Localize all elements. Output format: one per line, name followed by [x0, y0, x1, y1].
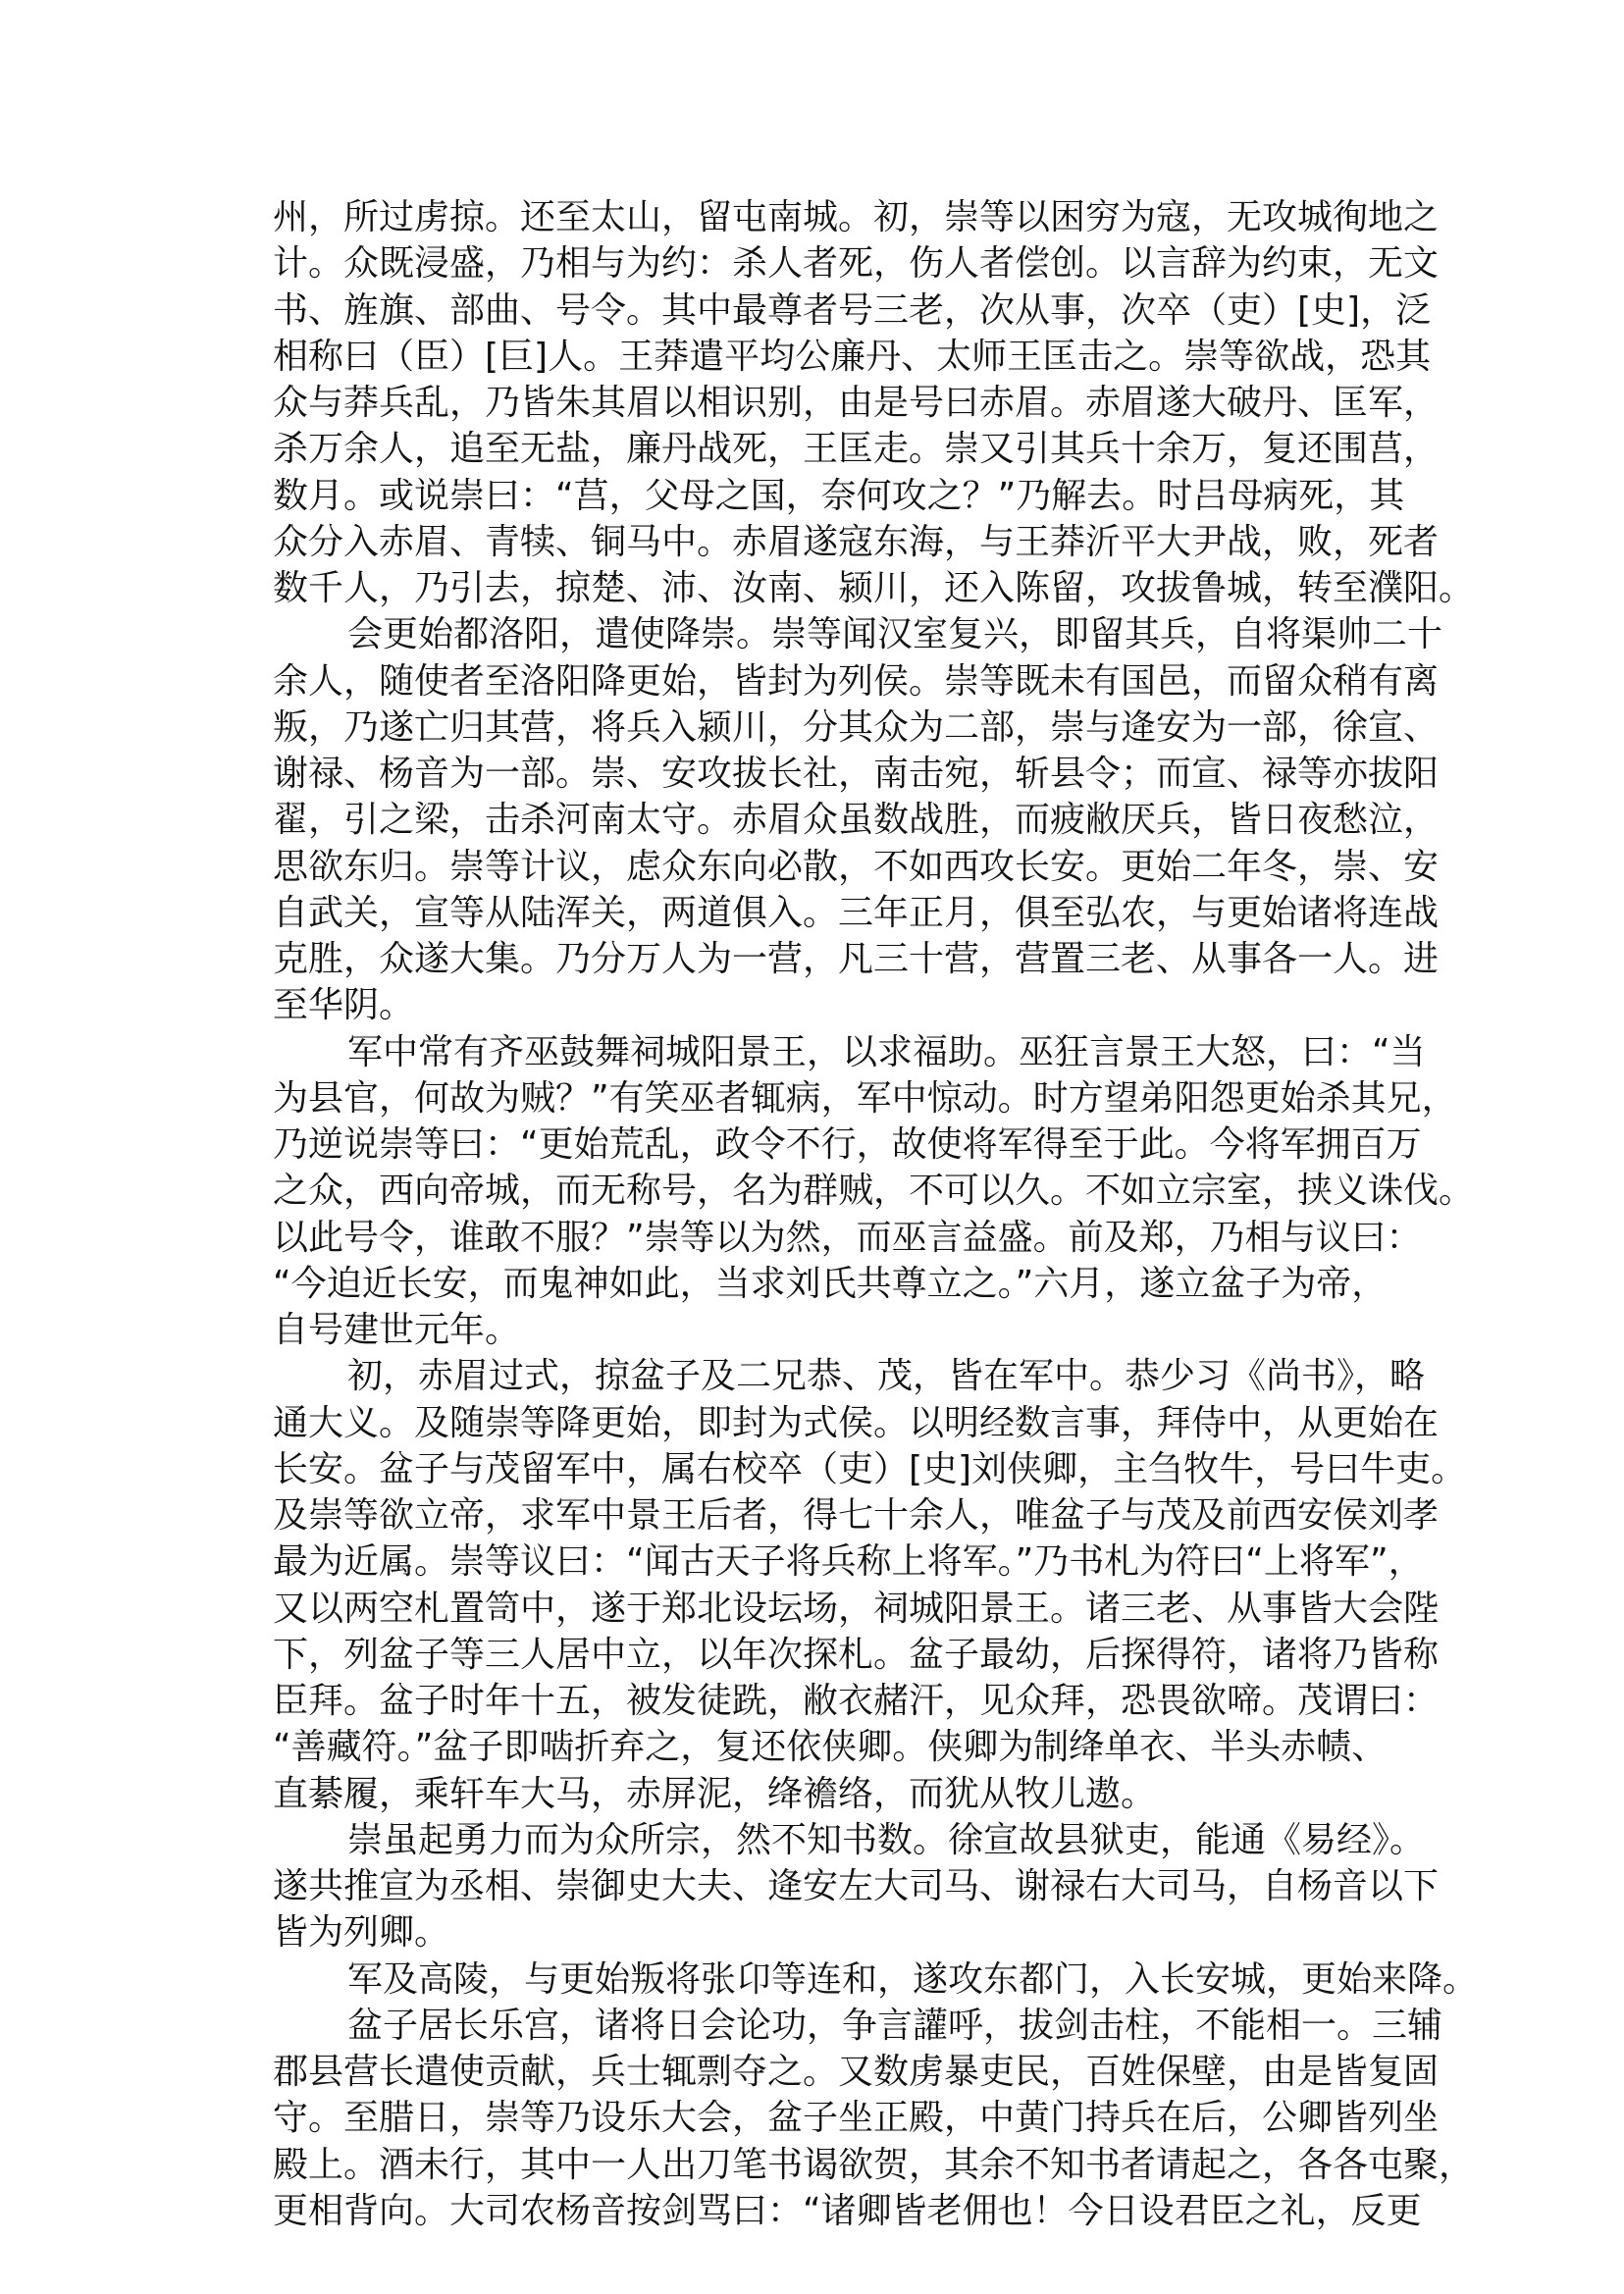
text-line: 余人，随使者至洛阳降更始，皆封为列侯。崇等既未有国邑，而留众稍有离 [273, 658, 1352, 704]
paragraph: 初，赤眉过式，掠盆子及二兄恭、茂，皆在军中。恭少习《尚书》，略通大义。及随崇等降… [273, 1353, 1352, 1817]
text-line: 克胜，众遂大集。乃分万人为一营，凡三十营，营置三老、从事各一人。进 [273, 936, 1352, 982]
paragraph: 崇虽起勇力而为众所宗，然不知书数。徐宣故县狱吏，能通《易经》。遂共推宣为丞相、崇… [273, 1817, 1352, 1956]
text-line: 数千人，乃引去，掠楚、沛、汝南、颍川，还入陈留，攻拔鲁城，转至濮阳。 [273, 565, 1352, 611]
text-line: 殿上。酒未行，其中一人出刀笔书谒欲贺，其余不知书者请起之，各各屯聚， [273, 2142, 1352, 2188]
text-line: 叛，乃遂亡归其营，将兵入颍川，分其众为二部，崇与逄安为一部，徐宣、 [273, 704, 1352, 751]
text-line: 众分入赤眉、青犊、铜马中。赤眉遂寇东海，与王莽沂平大尹战，败，死者 [273, 519, 1352, 565]
text-line: 自号建世元年。 [273, 1307, 1352, 1353]
text-line: 军中常有齐巫鼓舞祠城阳景王，以求福助。巫狂言景王大怒，曰：“当 [273, 1029, 1352, 1075]
text-line: 崇虽起勇力而为众所宗，然不知书数。徐宣故县狱吏，能通《易经》。 [273, 1817, 1352, 1863]
paragraph: 州，所过虏掠。还至太山，留屯南城。初，崇等以困穷为寇，无攻城徇地之计。众既浸盛，… [273, 194, 1352, 611]
text-line: 之众，西向帝城，而无称号，名为群贼，不可以久。不如立宗室，挟义诛伐。 [273, 1168, 1352, 1214]
text-line: 杀万余人，追至无盐，廉丹战死，王匡走。崇又引其兵十余万，复还围莒， [273, 426, 1352, 472]
text-line: 州，所过虏掠。还至太山，留屯南城。初，崇等以困穷为寇，无攻城徇地之 [273, 194, 1352, 240]
text-line: 思欲东归。崇等计议，虑众东向必散，不如西攻长安。更始二年冬，崇、安 [273, 844, 1352, 890]
text-line: 至华阴。 [273, 982, 1352, 1028]
text-line: 相称曰（臣）[巨]人。王莽遣平均公廉丹、太师王匡击之。崇等欲战，恐其 [273, 334, 1352, 380]
text-line: 守。至腊日，崇等乃设乐大会，盆子坐正殿，中黄门持兵在后，公卿皆列坐 [273, 2095, 1352, 2141]
text-line: 盆子居长乐宫，诸将日会论功，争言讙呼，拔剑击柱，不能相一。三辅 [273, 2003, 1352, 2049]
text-line: “善藏符。”盆子即啮折弃之，复还依侠卿。侠卿为制绛单衣、半头赤帻、 [273, 1724, 1352, 1770]
text-line: 又以两空札置笥中，遂于郑北设坛场，祠城阳景王。诸三老、从事皆大会陛 [273, 1586, 1352, 1632]
paragraph: 会更始都洛阳，遣使降崇。崇等闻汉室复兴，即留其兵，自将渠帅二十余人，随使者至洛阳… [273, 611, 1352, 1028]
text-line: 会更始都洛阳，遣使降崇。崇等闻汉室复兴，即留其兵，自将渠帅二十 [273, 611, 1352, 657]
text-line: 遂共推宣为丞相、崇御史大夫、逄安左大司马、谢禄右大司马，自杨音以下 [273, 1863, 1352, 1909]
text-line: 以此号令，谁敢不服？”崇等以为然，而巫言益盛。前及郑，乃相与议曰： [273, 1215, 1352, 1261]
text-line: 计。众既浸盛，乃相与为约：杀人者死，伤人者偿创。以言辞为约束，无文 [273, 240, 1352, 287]
text-line: 皆为列卿。 [273, 1909, 1352, 1955]
text-line: 乃逆说崇等曰：“更始荒乱，政令不行，故使将军得至于此。今将军拥百万 [273, 1121, 1352, 1168]
text-line: 直綦履，乘轩车大马，赤屏泥，绛襜络，而犹从牧儿遨。 [273, 1771, 1352, 1817]
text-line: “今迫近长安，而鬼神如此，当求刘氏共尊立之。”六月，遂立盆子为帝， [273, 1261, 1352, 1307]
text-line: 翟，引之梁，击杀河南太守。赤眉众虽数战胜，而疲敝厌兵，皆日夜愁泣， [273, 797, 1352, 843]
text-line: 为县官，何故为贼？”有笑巫者辄病，军中惊动。时方望弟阳怨更始杀其兄， [273, 1075, 1352, 1121]
text-line: 及崇等欲立帝，求军中景王后者，得七十余人，唯盆子与茂及前西安侯刘孝 [273, 1492, 1352, 1538]
text-line: 通大义。及随崇等降更始，即封为式侯。以明经数言事，拜侍中，从更始在 [273, 1400, 1352, 1446]
text-line: 自武关，宣等从陆浑关，两道俱入。三年正月，俱至弘农，与更始诸将连战 [273, 890, 1352, 936]
text-line: 初，赤眉过式，掠盆子及二兄恭、茂，皆在军中。恭少习《尚书》，略 [273, 1353, 1352, 1399]
text-line: 数月。或说崇曰：“莒，父母之国，奈何攻之？”乃解去。时吕母病死，其 [273, 473, 1352, 519]
paragraph: 军及高陵，与更始叛将张卬等连和，遂攻东都门，入长安城，更始来降。 [273, 1956, 1352, 2003]
text-line: 郡县营长遣使贡献，兵士辄剽夺之。又数虏暴吏民，百姓保壁，由是皆复固 [273, 2049, 1352, 2095]
text-line: 谢禄、杨音为一部。崇、安攻拔长社，南击宛，斩县令；而宣、禄等亦拔阳 [273, 751, 1352, 797]
document-page: 州，所过虏掠。还至太山，留屯南城。初，崇等以困穷为寇，无攻城徇地之计。众既浸盛，… [273, 194, 1352, 2234]
text-line: 最为近属。崇等议曰：“闻古天子将兵称上将军。”乃书札为符曰“上将军”， [273, 1538, 1352, 1585]
text-line: 众与莽兵乱，乃皆朱其眉以相识别，由是号曰赤眉。赤眉遂大破丹、匡军， [273, 380, 1352, 426]
text-line: 臣拜。盆子时年十五，被发徒跣，敝衣赭汗，见众拜，恐畏欲啼。茂谓曰： [273, 1678, 1352, 1724]
paragraph: 盆子居长乐宫，诸将日会论功，争言讙呼，拔剑击柱，不能相一。三辅郡县营长遣使贡献，… [273, 2003, 1352, 2234]
text-line: 下，列盆子等三人居中立，以年次探札。盆子最幼，后探得符，诸将乃皆称 [273, 1632, 1352, 1678]
paragraph: 军中常有齐巫鼓舞祠城阳景王，以求福助。巫狂言景王大怒，曰：“当为县官，何故为贼？… [273, 1029, 1352, 1354]
text-line: 书、旌旗、部曲、号令。其中最尊者号三老，次从事，次卒（吏）[史]，泛 [273, 287, 1352, 334]
text-line: 军及高陵，与更始叛将张卬等连和，遂攻东都门，入长安城，更始来降。 [273, 1956, 1352, 2003]
text-line: 更相背向。大司农杨音按剑骂曰：“诸卿皆老佣也！今日设君臣之礼，反更 [273, 2188, 1352, 2234]
text-line: 长安。盆子与茂留军中，属右校卒（吏）[史]刘侠卿，主刍牧牛，号曰牛吏。 [273, 1446, 1352, 1492]
